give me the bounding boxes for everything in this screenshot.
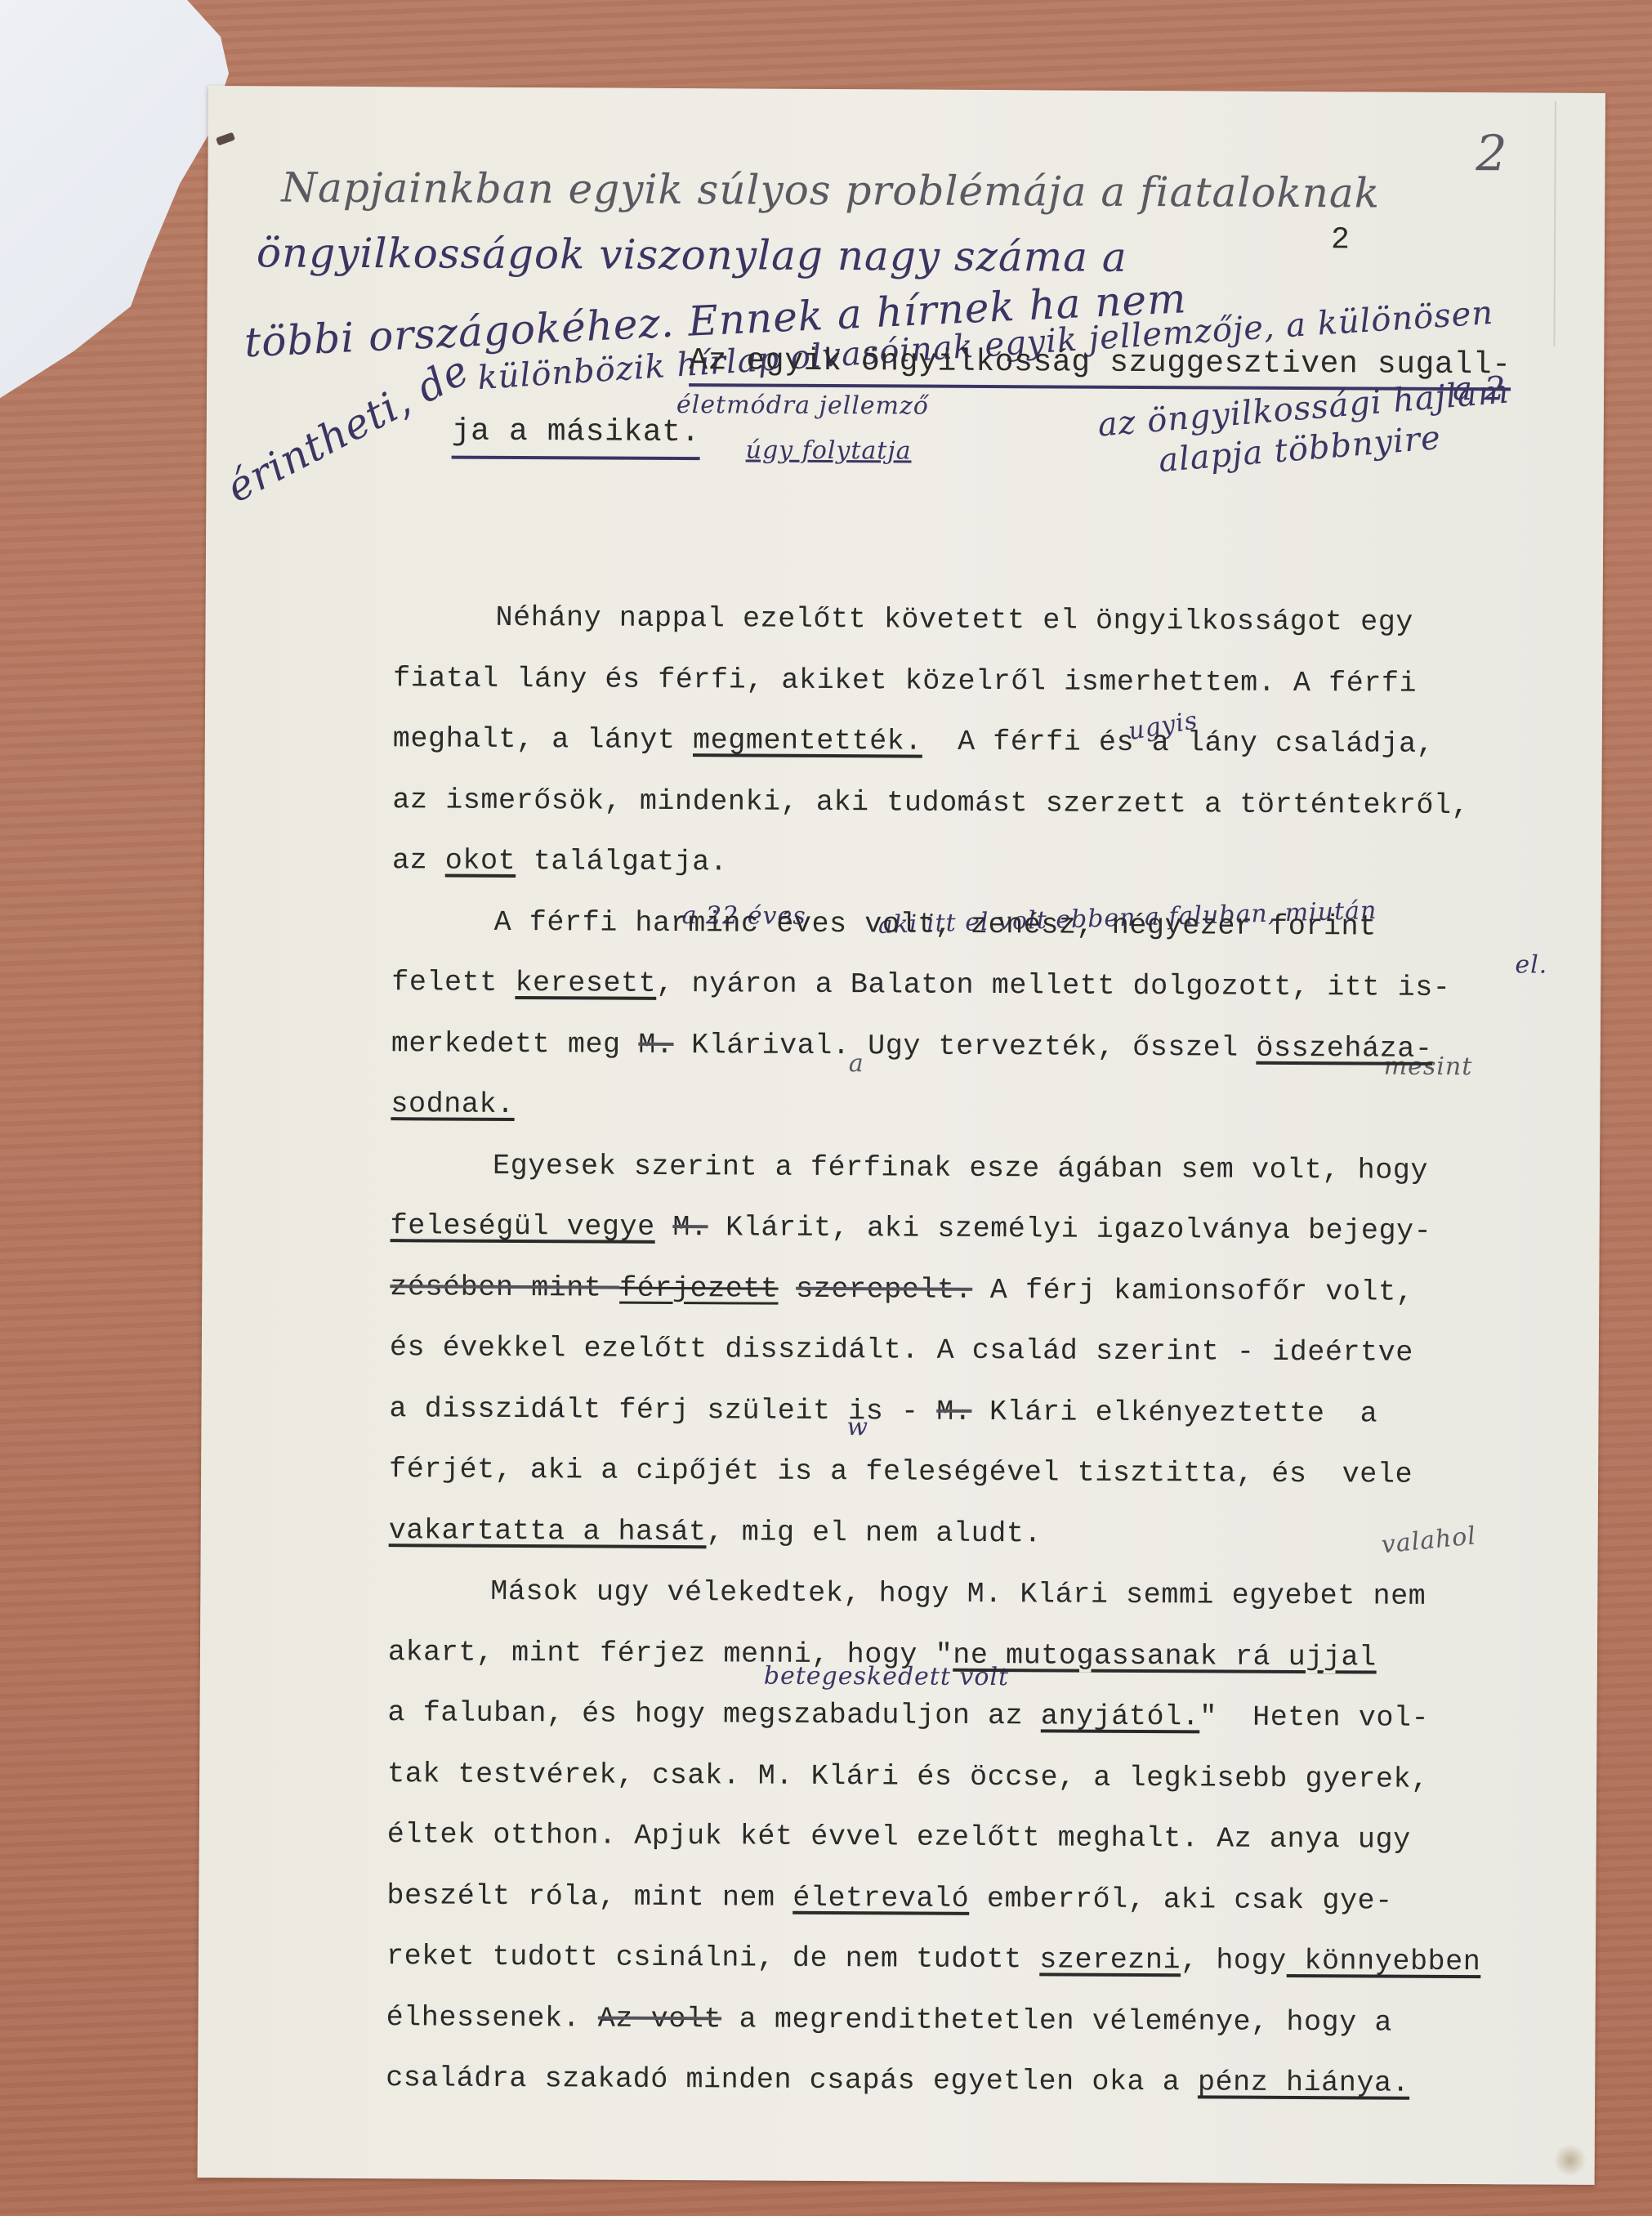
typed-line: felett keresett, nyáron a Balaton mellet… [391,952,1568,1019]
typed-line: A férfi harminc éves volt, zenész, négye… [391,891,1568,958]
text-segment: beszélt róla, mint nem [386,1879,793,1914]
text-segment: Mások ugy vélekedtek, hogy M. Klári semm… [490,1575,1426,1613]
text-segment: az [392,844,445,877]
text-segment: felett [391,966,515,999]
handwritten-header-line-5: érintheti, de [219,346,477,512]
typed-line: zésében mint férjezett szerepelt. A férj… [390,1257,1566,1324]
underlined-text: életrevaló [793,1881,969,1914]
underlined-text: sodnak. [391,1088,514,1121]
text-segment: a faluban, és hogy megszabaduljon az [387,1696,1041,1732]
struck-text: Az volt [598,2002,721,2035]
typed-line: éltek otthon. Apjuk két évvel ezelőtt me… [387,1804,1564,1871]
text-segment: Klári elkényeztette a [971,1395,1377,1430]
handwritten-header-line-2: öngyilkosságok viszonylag nagy száma a [257,229,1127,281]
underlined-text: összeháza- [1256,1031,1432,1065]
corner-stain [1554,2144,1587,2177]
text-segment: A férj kamionsofőr volt, [972,1273,1413,1308]
text-segment: a disszidált férj szüleit is - [389,1392,936,1428]
typed-line: tak testvérek, csak. M. Klári és öccse, … [387,1744,1564,1811]
text-segment: férjét, aki a cipőjét is a feleségével t… [389,1453,1413,1491]
typed-line: Néhány nappal ezelőtt követett el öngyil… [393,587,1569,654]
typed-line: sodnak. [391,1074,1567,1141]
text-segment: reket tudott csinálni, de nem tudott [386,1940,1040,1976]
text-segment: fiatal lány és férfi, akiket közelről is… [393,662,1417,700]
underlined-text: férjezett [619,1271,779,1305]
text-segment: élhessenek. [386,2001,598,2035]
text-segment: , hogy [1181,1944,1287,1977]
struck-text: szerepelt. [796,1272,972,1306]
page-number-handwritten: 2 [1476,125,1507,182]
text-segment: emberről, aki csak gye- [969,1882,1393,1917]
text-segment: A férfi harminc éves volt, zenész, négye… [494,905,1377,943]
underlined-text: megmentették. [693,724,922,757]
typed-line: meghalt, a lányt megmentették. A férfi é… [393,708,1569,775]
text-segment: családra szakadó minden csapás egyetlen … [386,2062,1198,2098]
underlined-text: könnyebben [1287,1945,1481,1978]
text-segment: a megrendithetetlen véleménye, hogy a [721,2003,1392,2039]
text-segment: Néhány nappal ezelőtt követett el öngyil… [495,601,1413,639]
typed-line: feleségül vegye M. Klárit, aki személyi … [391,1195,1567,1262]
underlined-text: ne mutogassanak rá ujjal [953,1638,1377,1673]
text-segment: Klárival. Ugy tervezték, ősszel [673,1028,1256,1064]
text-segment: , nyáron a Balaton mellett dolgozott, it… [656,967,1450,1004]
text-segment: Klárit, aki személyi igazolványa bejegy- [708,1211,1431,1248]
text-segment: találgatja. [516,845,727,878]
text-segment: A férfi és a lány családja, [922,726,1435,761]
struck-text: M. [672,1211,708,1244]
underlined-text: vakartatta a hasát [389,1514,707,1548]
text-segment: Egyesek szerint a férfinak esze ágában s… [493,1149,1428,1186]
struck-text: M. [638,1028,673,1061]
typed-line: akart, mint férjez menni, hogy "ne mutog… [388,1622,1565,1689]
typed-title-line-2: ja a másikat. [452,414,701,461]
typed-line: férjét, aki a cipőjét is a feleségével t… [389,1439,1565,1506]
typed-line: beszélt róla, mint nem életrevaló emberr… [386,1865,1563,1932]
typed-line: a faluban, és hogy megszabaduljon az any… [387,1682,1564,1749]
text-segment [778,1272,796,1305]
typed-line: élhessenek. Az volt a megrendithetetlen … [386,1987,1562,2054]
typed-line: az ismerősök, mindenki, aki tudomást sze… [392,770,1569,837]
text-segment: az ismerősök, mindenki, aki tudomást sze… [392,784,1469,822]
text-segment: tak testvérek, csak. M. Klári és öccse, … [387,1758,1429,1796]
page-number-typed: 2 [1331,222,1350,257]
text-segment: " Heten vol- [1199,1700,1429,1734]
document-page: 2 2 Napjainkban egyik súlyos problémája … [198,86,1605,2185]
typed-line: és évekkel ezelőtt disszidált. A család … [390,1317,1566,1384]
text-segment: , mig el nem aludt. [707,1516,1043,1550]
underlined-text: pénz hiánya. [1198,2066,1409,2099]
underlined-text: feleségül vegye [391,1209,655,1244]
typed-line: Egyesek szerint a férfinak esze ágában s… [391,1135,1567,1202]
handwritten-margin-a2: a 2 [1453,370,1506,408]
struck-text: zésében mint [390,1271,619,1304]
text-segment [655,1211,673,1244]
paper-fold [1553,101,1556,346]
text-segment: meghalt, a lányt [393,722,693,757]
underlined-text: keresett [515,967,656,1000]
underlined-text: szerezni [1039,1943,1181,1977]
struck-text: M. [936,1395,971,1427]
text-segment: merkedett meg [391,1027,639,1061]
typed-line: a disszidált férj szüleit is - M. Klári … [389,1378,1565,1445]
typed-line: merkedett meg M. Klárival. Ugy tervezték… [391,1013,1568,1080]
text-segment: éltek otthon. Apjuk két évvel ezelőtt me… [387,1818,1411,1856]
typed-line: családra szakadó minden csapás egyetlen … [386,2048,1562,2115]
underlined-text: okot [445,845,516,878]
handwritten-header-line-1: Napjainkban egyik súlyos problémája a fi… [281,163,1380,217]
typed-line: az okot találgatja. [392,830,1569,897]
underlined-text: anyjától. [1041,1700,1200,1733]
typed-body-text: Néhány nappal ezelőtt követett el öngyil… [386,587,1570,2115]
handwritten-note-continues: úgy folytatja [746,436,912,465]
typed-line: reket tudott csinálni, de nem tudott sze… [386,1926,1563,1993]
typed-line: fiatal lány és férfi, akiket közelről is… [393,648,1569,715]
text-segment: és évekkel ezelőtt disszidált. A család … [390,1331,1413,1369]
handwritten-note-lifestyle: életmódra jellemző [676,391,929,421]
text-segment: akart, mint férjez menni, hogy " [388,1636,953,1672]
typed-line: vakartatta a hasát, mig el nem aludt. [389,1500,1565,1567]
typed-line: Mások ugy vélekedtek, hogy M. Klári semm… [388,1561,1565,1628]
